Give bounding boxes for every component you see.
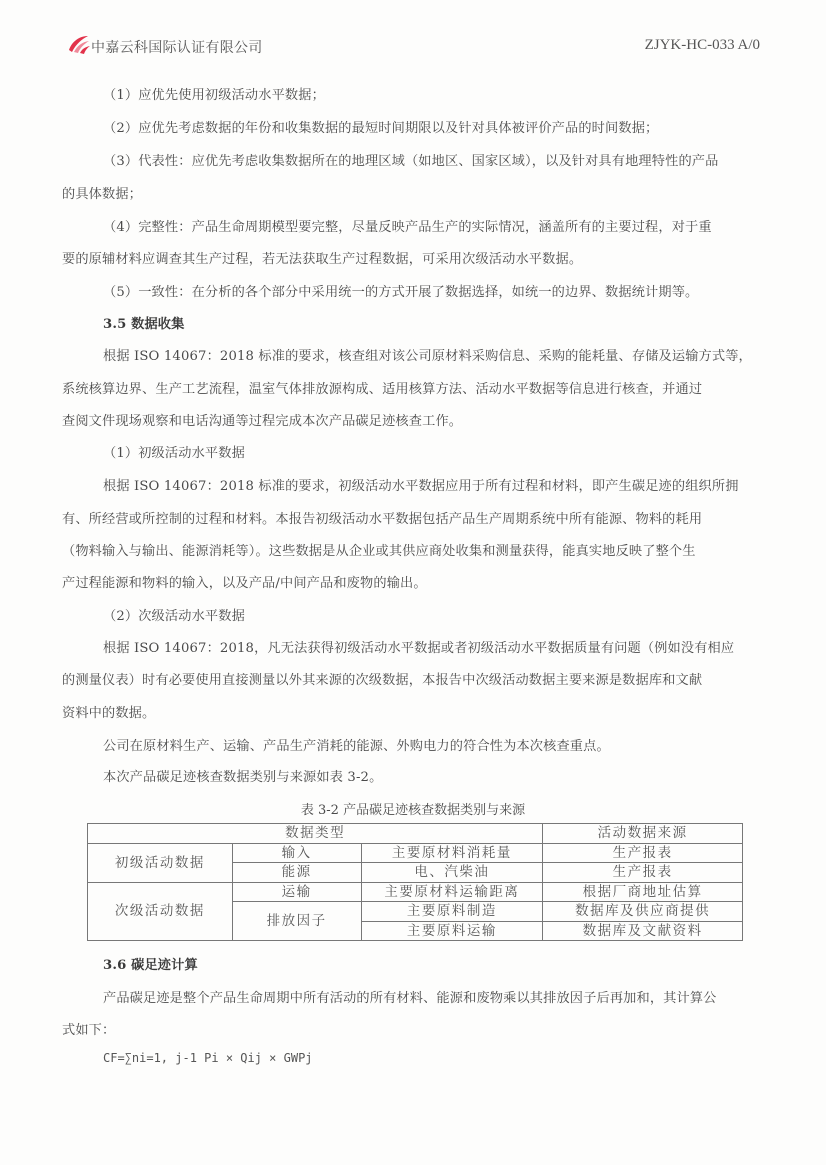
- header-data-type: 数据类型: [88, 824, 543, 844]
- header-data-source: 活动数据来源: [543, 824, 743, 844]
- item-cell: 主要原材料运输距离: [361, 882, 543, 902]
- document-number: ZJYK-HC-033 A/0: [645, 37, 760, 54]
- principle-5: （5）一致性：在分析的各个部分中采用统一的方式开展了数据选择，如统一的边界、数据…: [103, 281, 764, 300]
- source-cell: 数据库及文献资料: [543, 921, 743, 941]
- carbon-footprint-formula: CF=∑ni=1, j-1 Pi × Qij × GWPj: [103, 1051, 313, 1065]
- item-cell: 主要原料制造: [361, 902, 543, 922]
- subheading-secondary-data: （2）次级活动水平数据: [103, 605, 764, 624]
- principle-4-line1: （4）完整性：产品生命周期模型要完整，尽量反映产品生产的实际情况，涵盖所有的主要…: [103, 216, 764, 235]
- table-header-row: 数据类型 活动数据来源: [88, 824, 743, 844]
- principle-1: （1）应优先使用初级活动水平数据；: [103, 84, 764, 103]
- category-secondary: 次级活动数据: [88, 882, 233, 941]
- table-row: 次级活动数据 运输 主要原材料运输距离 根据厂商地址估算: [88, 882, 743, 902]
- item-cell: 主要原材料消耗量: [361, 843, 543, 863]
- verification-focus: 公司在原材料生产、运输、产品生产消耗的能源、外购电力的符合性为本次核查重点。: [103, 735, 764, 754]
- company-name: 中嘉云科国际认证有限公司: [91, 37, 263, 57]
- principle-2: （2）应优先考虑数据的年份和收集数据的最短时间期限以及针对具体被评价产品的时间数…: [103, 117, 764, 136]
- section-heading-3-5: 3.5 数据收集: [103, 313, 764, 332]
- subtype-cell: 输入: [232, 843, 361, 863]
- company-logo-icon: [66, 33, 92, 55]
- principle-4-line2: 要的原辅材料应调查其生产过程，若无法获取生产过程数据，可采用次级活动水平数据。: [62, 248, 764, 267]
- principle-3-line2: 的具体数据；: [62, 183, 764, 202]
- primary-data-line2: 有、所经营或所控制的过程和材料。本报告初级活动水平数据包括产品生产周期系统中所有…: [62, 508, 764, 527]
- subheading-primary-data: （1）初级活动水平数据: [103, 442, 764, 461]
- section-heading-3-6: 3.6 碳足迹计算: [103, 954, 764, 973]
- subtype-cell: 排放因子: [232, 902, 361, 941]
- secondary-data-line2: 的测量仪表）时有必要使用直接测量以外其来源的次级数据，本报告中次级活动数据主要来…: [62, 669, 764, 688]
- item-cell: 主要原料运输: [361, 921, 543, 941]
- secondary-data-line3: 资料中的数据。: [62, 702, 764, 721]
- section-3-5-line1: 根据 ISO 14067：2018 标准的要求，核查组对该公司原材料采购信息、采…: [103, 345, 764, 364]
- page-header: 中嘉云科国际认证有限公司 ZJYK-HC-033 A/0: [66, 33, 760, 57]
- table-reference: 本次产品碳足迹核查数据类别与来源如表 3-2。: [103, 766, 764, 785]
- subtype-cell: 运输: [232, 882, 361, 902]
- table-row: 初级活动数据 输入 主要原材料消耗量 生产报表: [88, 843, 743, 863]
- secondary-data-line1: 根据 ISO 14067：2018，凡无法获得初级活动水平数据或者初级活动水平数…: [103, 637, 764, 656]
- subtype-cell: 能源: [232, 863, 361, 883]
- item-cell: 电、汽柴油: [361, 863, 543, 883]
- table-caption: 表 3-2 产品碳足迹核查数据类别与来源: [0, 799, 826, 818]
- primary-data-line4: 产过程能源和物料的输入，以及产品/中间产品和废物的输出。: [62, 572, 764, 591]
- primary-data-line3: （物料输入与输出、能源消耗等）。这些数据是从企业或其供应商处收集和测量获得，能真…: [62, 540, 764, 559]
- source-cell: 根据厂商地址估算: [543, 882, 743, 902]
- data-source-table: 数据类型 活动数据来源 初级活动数据 输入 主要原材料消耗量 生产报表 能源 电…: [87, 823, 743, 941]
- section-3-6-line1: 产品碳足迹是整个产品生命周期中所有活动的所有材料、能源和废物乘以其排放因子后再加…: [103, 987, 764, 1006]
- primary-data-line1: 根据 ISO 14067：2018 标准的要求，初级活动水平数据应用于所有过程和…: [103, 475, 764, 494]
- category-primary: 初级活动数据: [88, 843, 233, 882]
- source-cell: 数据库及供应商提供: [543, 902, 743, 922]
- section-3-5-line3: 查阅文件现场观察和电话沟通等过程完成本次产品碳足迹核查工作。: [62, 410, 764, 429]
- section-3-5-line2: 系统核算边界、生产工艺流程，温室气体排放源构成、适用核算方法、活动水平数据等信息…: [62, 378, 764, 397]
- source-cell: 生产报表: [543, 843, 743, 863]
- principle-3-line1: （3）代表性：应优先考虑收集数据所在的地理区域（如地区、国家区域），以及针对具有…: [103, 150, 764, 169]
- section-3-6-line2: 式如下：: [62, 1019, 764, 1038]
- source-cell: 生产报表: [543, 863, 743, 883]
